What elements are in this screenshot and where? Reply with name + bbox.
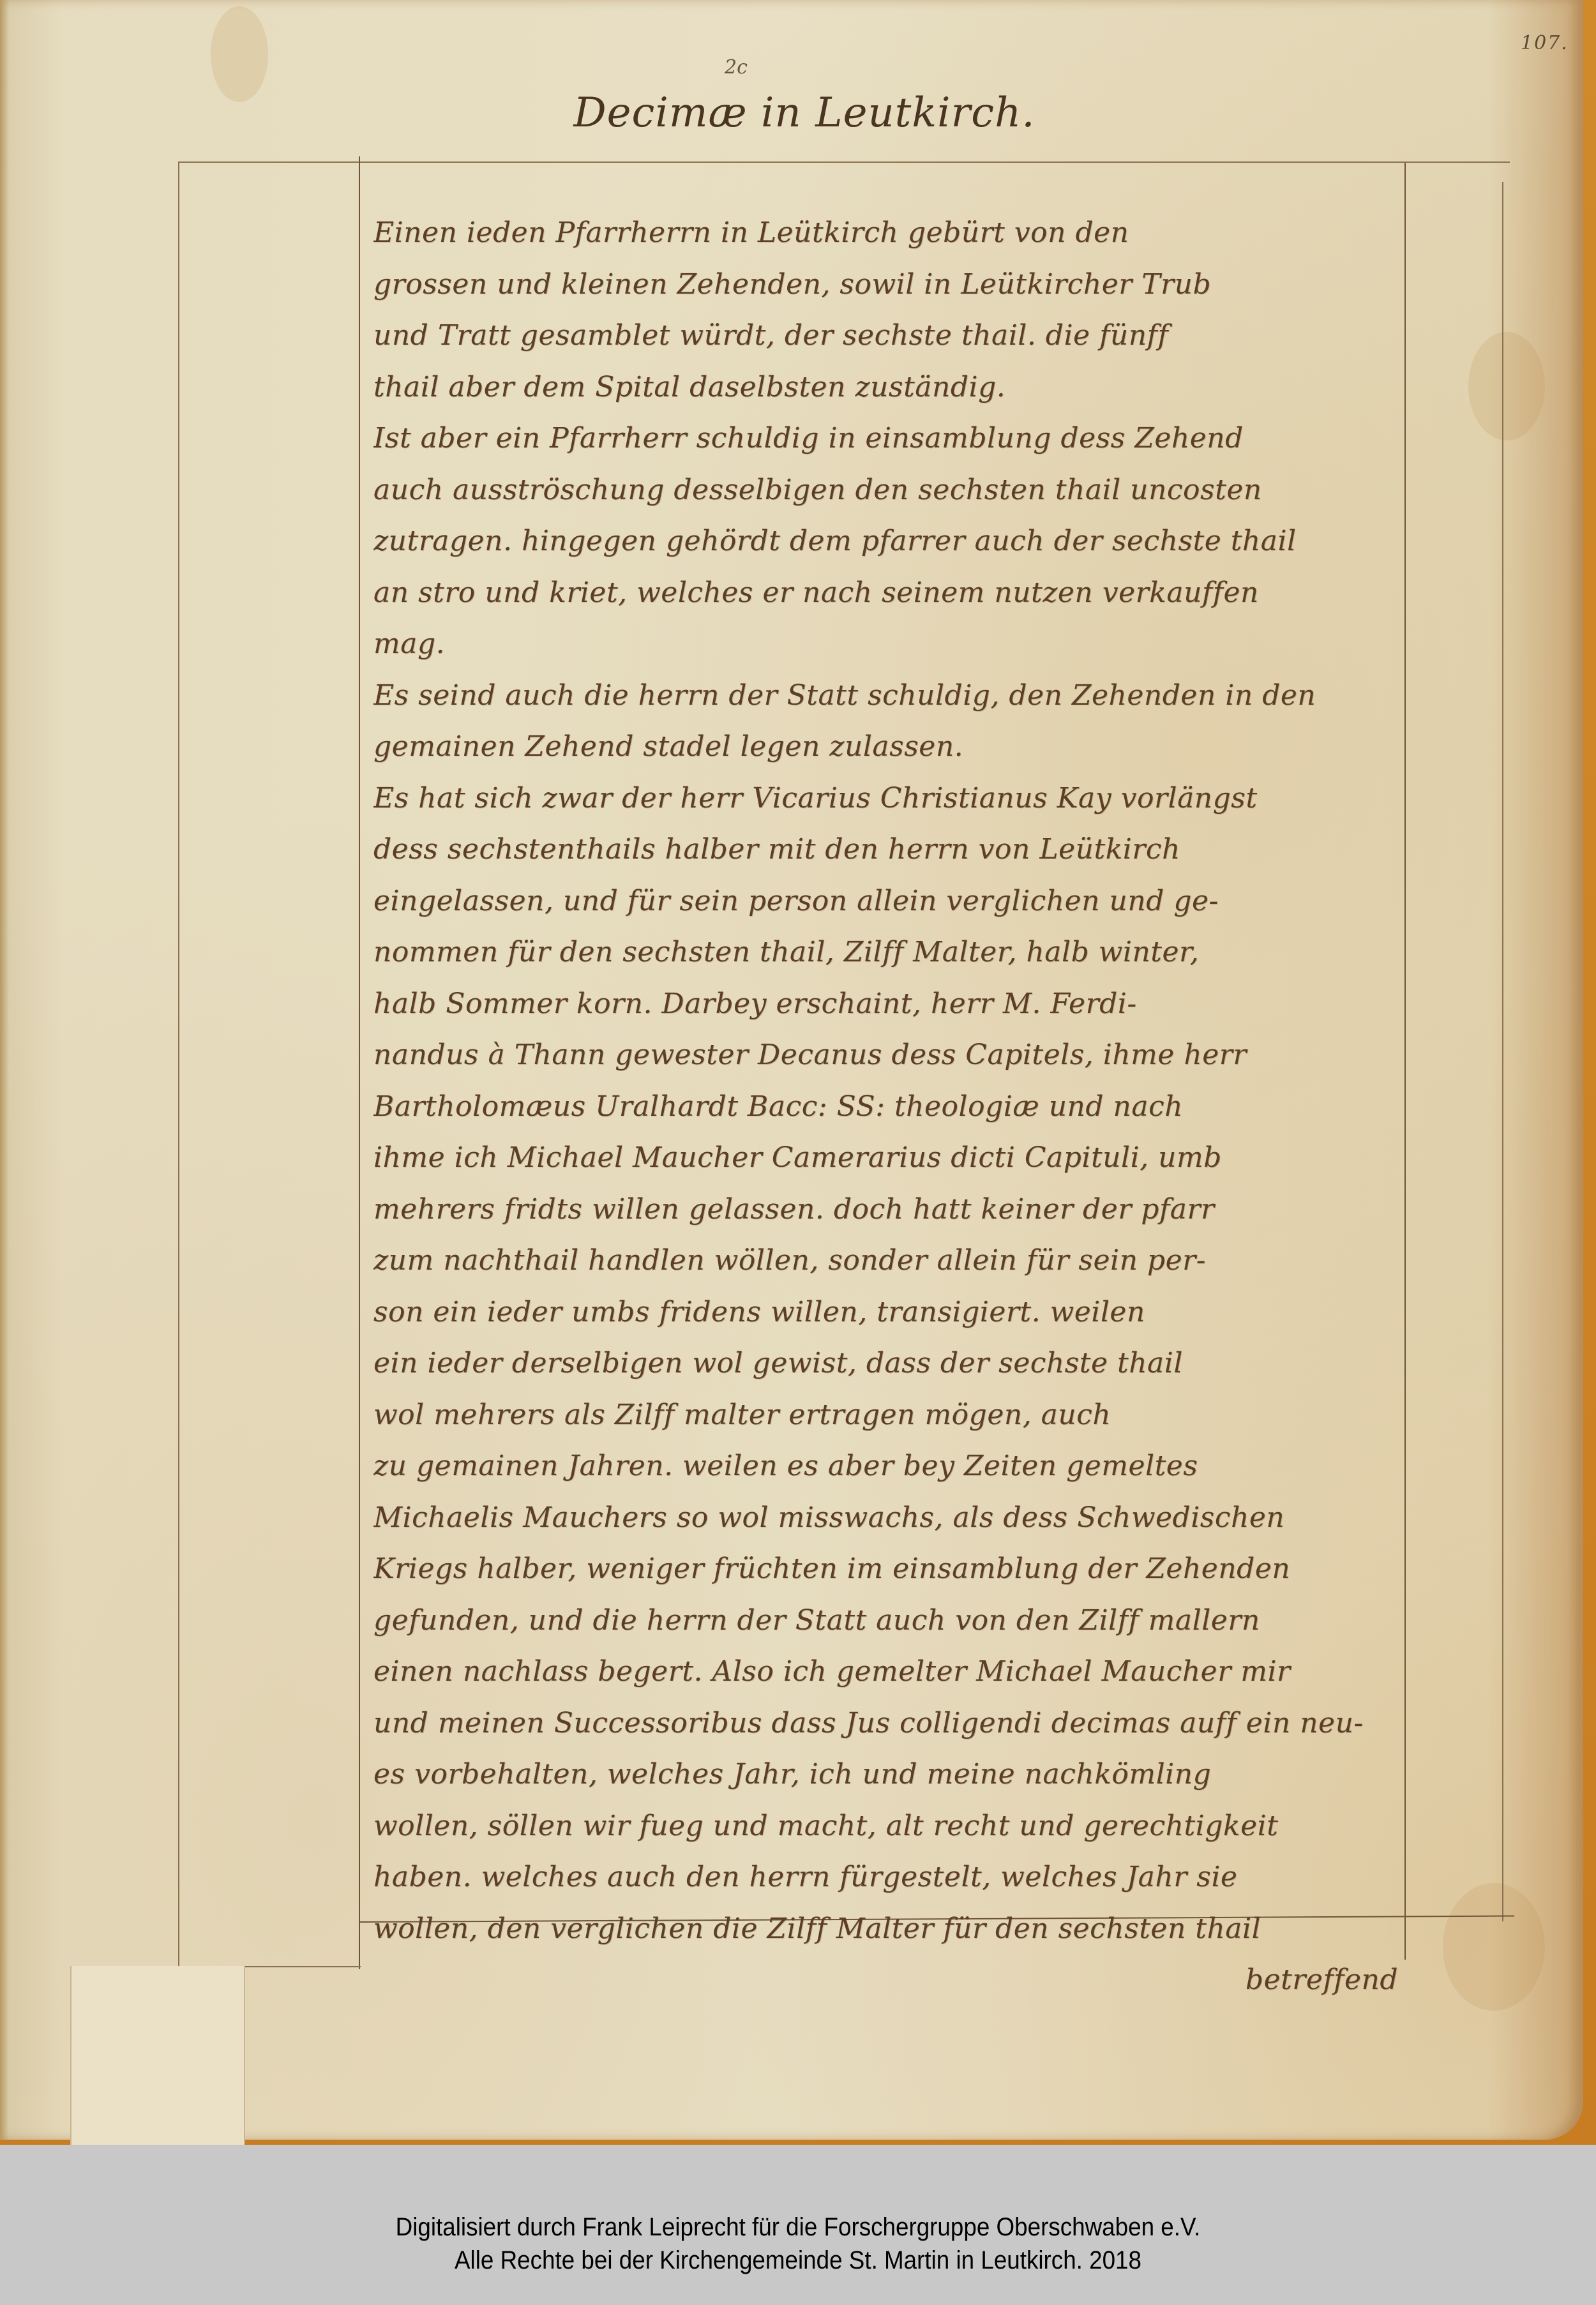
manuscript-line: einen nachlass begert. Also ich gemelter… [373,1646,1404,1698]
spine-shadow [0,0,9,2140]
manuscript-line: Kriegs halber, weniger früchten im einsa… [373,1543,1404,1595]
folio-number: 107. [1521,32,1569,54]
frame-right-outer-rule [1502,182,1503,1921]
manuscript-text-block: Einen ieden Pfarrherrn in Leütkirch gebü… [373,207,1404,2006]
manuscript-line: an stro und kriet, welches er nach seine… [373,567,1404,619]
gathering-mark: 2c [725,56,748,79]
manuscript-line: halb Sommer korn. Darbey erschaint, herr… [373,979,1404,1030]
frame-left-outer-rule [178,161,179,1968]
manuscript-line: zu gemainen Jahren. weilen es aber bey Z… [373,1441,1404,1492]
frame-bottom-outer-rule [243,1966,361,1967]
frame-right-inner-rule [1404,163,1406,1960]
manuscript-line: zutragen. hingegen gehördt dem pfarrer a… [373,516,1404,567]
manuscript-line: wollen, den verglichen die Zilff Malter … [373,1903,1404,1955]
catchword: betreffend [373,1955,1404,2006]
manuscript-page: 107. 2c Decimæ in Leutkirch. Einen ieden… [0,0,1583,2140]
manuscript-line: gefunden, und die herrn der Statt auch v… [373,1595,1404,1647]
manuscript-line: wol mehrers als Zilff malter ertragen mö… [373,1390,1404,1441]
caption-rights-line: Alle Rechte bei der Kirchengemeinde St. … [64,2244,1532,2277]
manuscript-line: thail aber dem Spital daselbsten zuständ… [373,362,1404,414]
manuscript-line: zum nachthail handlen wöllen, sonder all… [373,1235,1404,1287]
manuscript-line: mehrers fridts willen gelassen. doch hat… [373,1184,1404,1236]
manuscript-line: und Tratt gesamblet würdt, der sechste t… [373,310,1404,362]
digitization-caption: Digitalisiert durch Frank Leiprecht für … [0,2145,1596,2305]
foxing-stain [1468,332,1545,440]
frame-top-rule [179,161,1510,163]
manuscript-line: nommen für den sechsten thail, Zilff Mal… [373,927,1404,979]
manuscript-line: nandus à Thann gewester Decanus dess Cap… [373,1030,1404,1081]
manuscript-line: grossen und kleinen Zehenden, sowil in L… [373,259,1404,311]
manuscript-line: Es hat sich zwar der herr Vicarius Chris… [373,773,1404,825]
manuscript-line: dess sechstenthails halber mit den herrn… [373,824,1404,876]
manuscript-line: Bartholomæus Uralhardt Bacc: SS: theolog… [373,1081,1404,1133]
manuscript-line: auch ausströschung desselbigen den sechs… [373,465,1404,516]
page-title: Decimæ in Leutkirch. [0,89,1583,137]
manuscript-line: Einen ieden Pfarrherrn in Leütkirch gebü… [373,207,1404,259]
frame-left-inner-rule [359,156,360,1969]
manuscript-line: Ist aber ein Pfarrherr schuldig in einsa… [373,413,1404,465]
manuscript-line: Michaelis Mauchers so wol misswachs, als… [373,1492,1404,1544]
scan-background: 107. 2c Decimæ in Leutkirch. Einen ieden… [0,0,1596,2145]
manuscript-line: wollen, söllen wir fueg und macht, alt r… [373,1801,1404,1852]
manuscript-line: eingelassen, und für sein person allein … [373,876,1404,927]
paper-repair-strip [70,1966,245,2145]
foxing-stain [1443,1883,1545,2011]
manuscript-line: mag. [373,619,1404,670]
manuscript-line: haben. welches auch den herrn fürgestelt… [373,1852,1404,1903]
manuscript-line: son ein ieder umbs fridens willen, trans… [373,1287,1404,1339]
manuscript-line: gemainen Zehend stadel legen zulassen. [373,721,1404,773]
caption-credit-line: Digitalisiert durch Frank Leiprecht für … [64,2211,1532,2244]
manuscript-line: Es seind auch die herrn der Statt schuld… [373,670,1404,722]
foxing-stain [211,6,268,102]
manuscript-line: und meinen Successoribus dass Jus collig… [373,1698,1404,1750]
manuscript-line: ihme ich Michael Maucher Camerarius dict… [373,1132,1404,1184]
manuscript-line: es vorbehalten, welches Jahr, ich und me… [373,1749,1404,1801]
manuscript-line: ein ieder derselbigen wol gewist, dass d… [373,1338,1404,1390]
